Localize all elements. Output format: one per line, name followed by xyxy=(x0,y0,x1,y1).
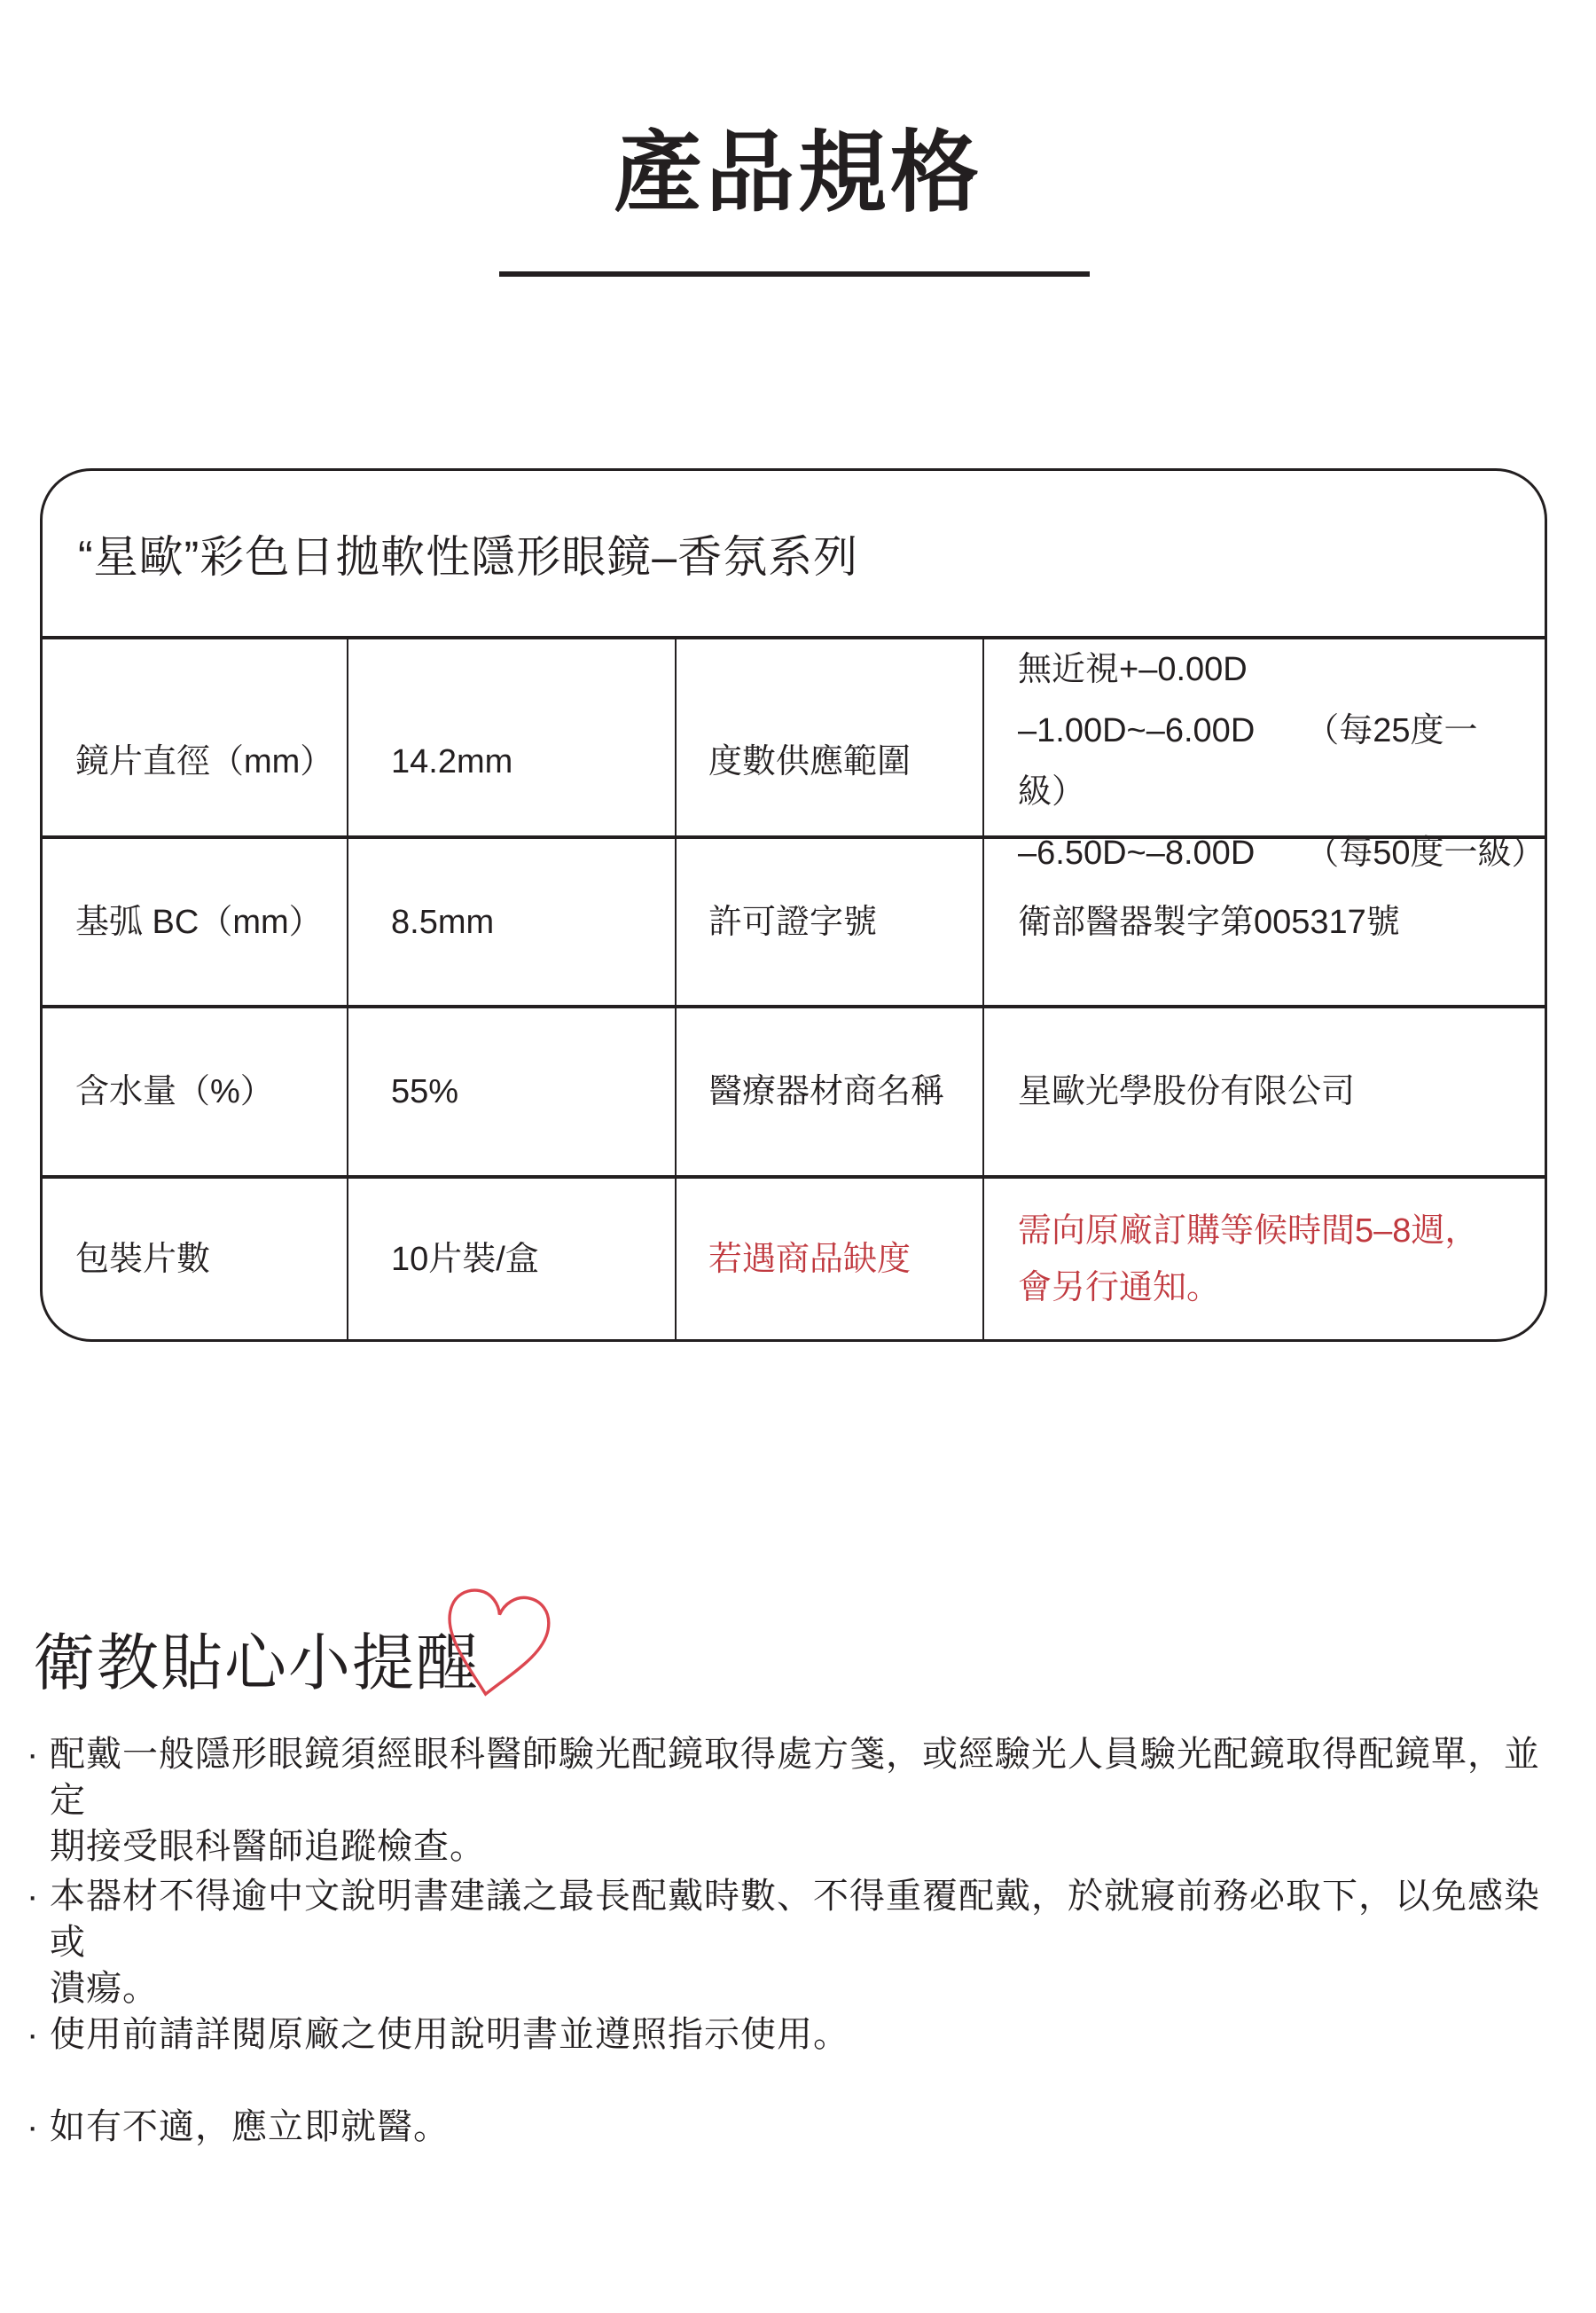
spec-label-water-content: 含水量（%） xyxy=(43,1008,347,1175)
reminder-section-header: 衛教貼心小提醒 xyxy=(33,1627,480,1707)
reminder-text-wear-time: 本器材不得逾中文說明書建議之最長配戴時數、不得重覆配戴，於就寢前務必取下，以免感… xyxy=(50,1873,1569,2011)
bullet-dot: · xyxy=(27,1731,50,1777)
table-row: 包裝片數 10片裝/盒 若遇商品缺度 需向原廠訂購等候時間5–8週， 會另行通知… xyxy=(43,1175,1545,1339)
bullet-dot: · xyxy=(27,2011,50,2058)
spec-label-out-of-stock: 若遇商品缺度 xyxy=(675,1179,982,1339)
spec-value-water-content: 55% xyxy=(347,1008,675,1175)
table-row: 基弧 BC（mm） 8.5mm 許可證字號 衛部醫器製字第005317號 xyxy=(43,835,1545,1005)
bullet-dot: · xyxy=(27,2104,50,2150)
spec-label-license-number: 許可證字號 xyxy=(675,839,982,1005)
spec-value-base-curve: 8.5mm xyxy=(347,839,675,1005)
reminder-text-see-doctor: 如有不適，應立即就醫。 xyxy=(50,2104,450,2150)
spec-label-base-curve: 基弧 BC（mm） xyxy=(43,839,347,1005)
page-title: 產品規格 xyxy=(0,124,1596,222)
reminder-title: 衛教貼心小提醒 xyxy=(33,1627,480,1698)
spec-value-out-of-stock-note: 需向原廠訂購等候時間5–8週， 會另行通知。 xyxy=(982,1179,1545,1339)
list-item: · 如有不適，應立即就醫。 xyxy=(27,2104,1569,2150)
spec-label-pack-count: 包裝片數 xyxy=(43,1179,347,1339)
spec-label-device-vendor: 醫療器材商名稱 xyxy=(675,1008,982,1175)
table-row: 含水量（%） 55% 醫療器材商名稱 星歐光學股份有限公司 xyxy=(43,1005,1545,1175)
table-row: 鏡片直徑（mm） 14.2mm 度數供應範圍 無近視+–0.00D –1.00D… xyxy=(43,636,1545,835)
list-item: · 配戴一般隱形眼鏡須經眼科醫師驗光配鏡取得處方箋，或經驗光人員驗光配鏡取得配鏡… xyxy=(27,1731,1569,1870)
heart-icon xyxy=(424,1584,564,1710)
bullet-dot: · xyxy=(27,1873,50,1919)
title-underline xyxy=(499,271,1090,277)
spec-table: “星歐”彩色日拋軟性隱形眼鏡–香氛系列 鏡片直徑（mm） 14.2mm 度數供應… xyxy=(40,468,1547,1342)
spec-value-license-number: 衛部醫器製字第005317號 xyxy=(982,839,1545,1005)
reminder-text-read-manual: 使用前請詳閱原廠之使用說明書並遵照指示使用。 xyxy=(50,2011,849,2058)
spec-value-device-vendor: 星歐光學股份有限公司 xyxy=(982,1008,1545,1175)
list-item: · 本器材不得逾中文說明書建議之最長配戴時數、不得重覆配戴，於就寢前務必取下，以… xyxy=(27,1873,1569,2011)
reminder-text-fitting: 配戴一般隱形眼鏡須經眼科醫師驗光配鏡取得處方箋，或經驗光人員驗光配鏡取得配鏡單，… xyxy=(50,1731,1569,1870)
product-name: “星歐”彩色日拋軟性隱形眼鏡–香氛系列 xyxy=(43,471,1545,636)
spec-value-pack-count: 10片裝/盒 xyxy=(347,1179,675,1339)
list-item: · 使用前請詳閱原廠之使用說明書並遵照指示使用。 xyxy=(27,2011,1569,2058)
